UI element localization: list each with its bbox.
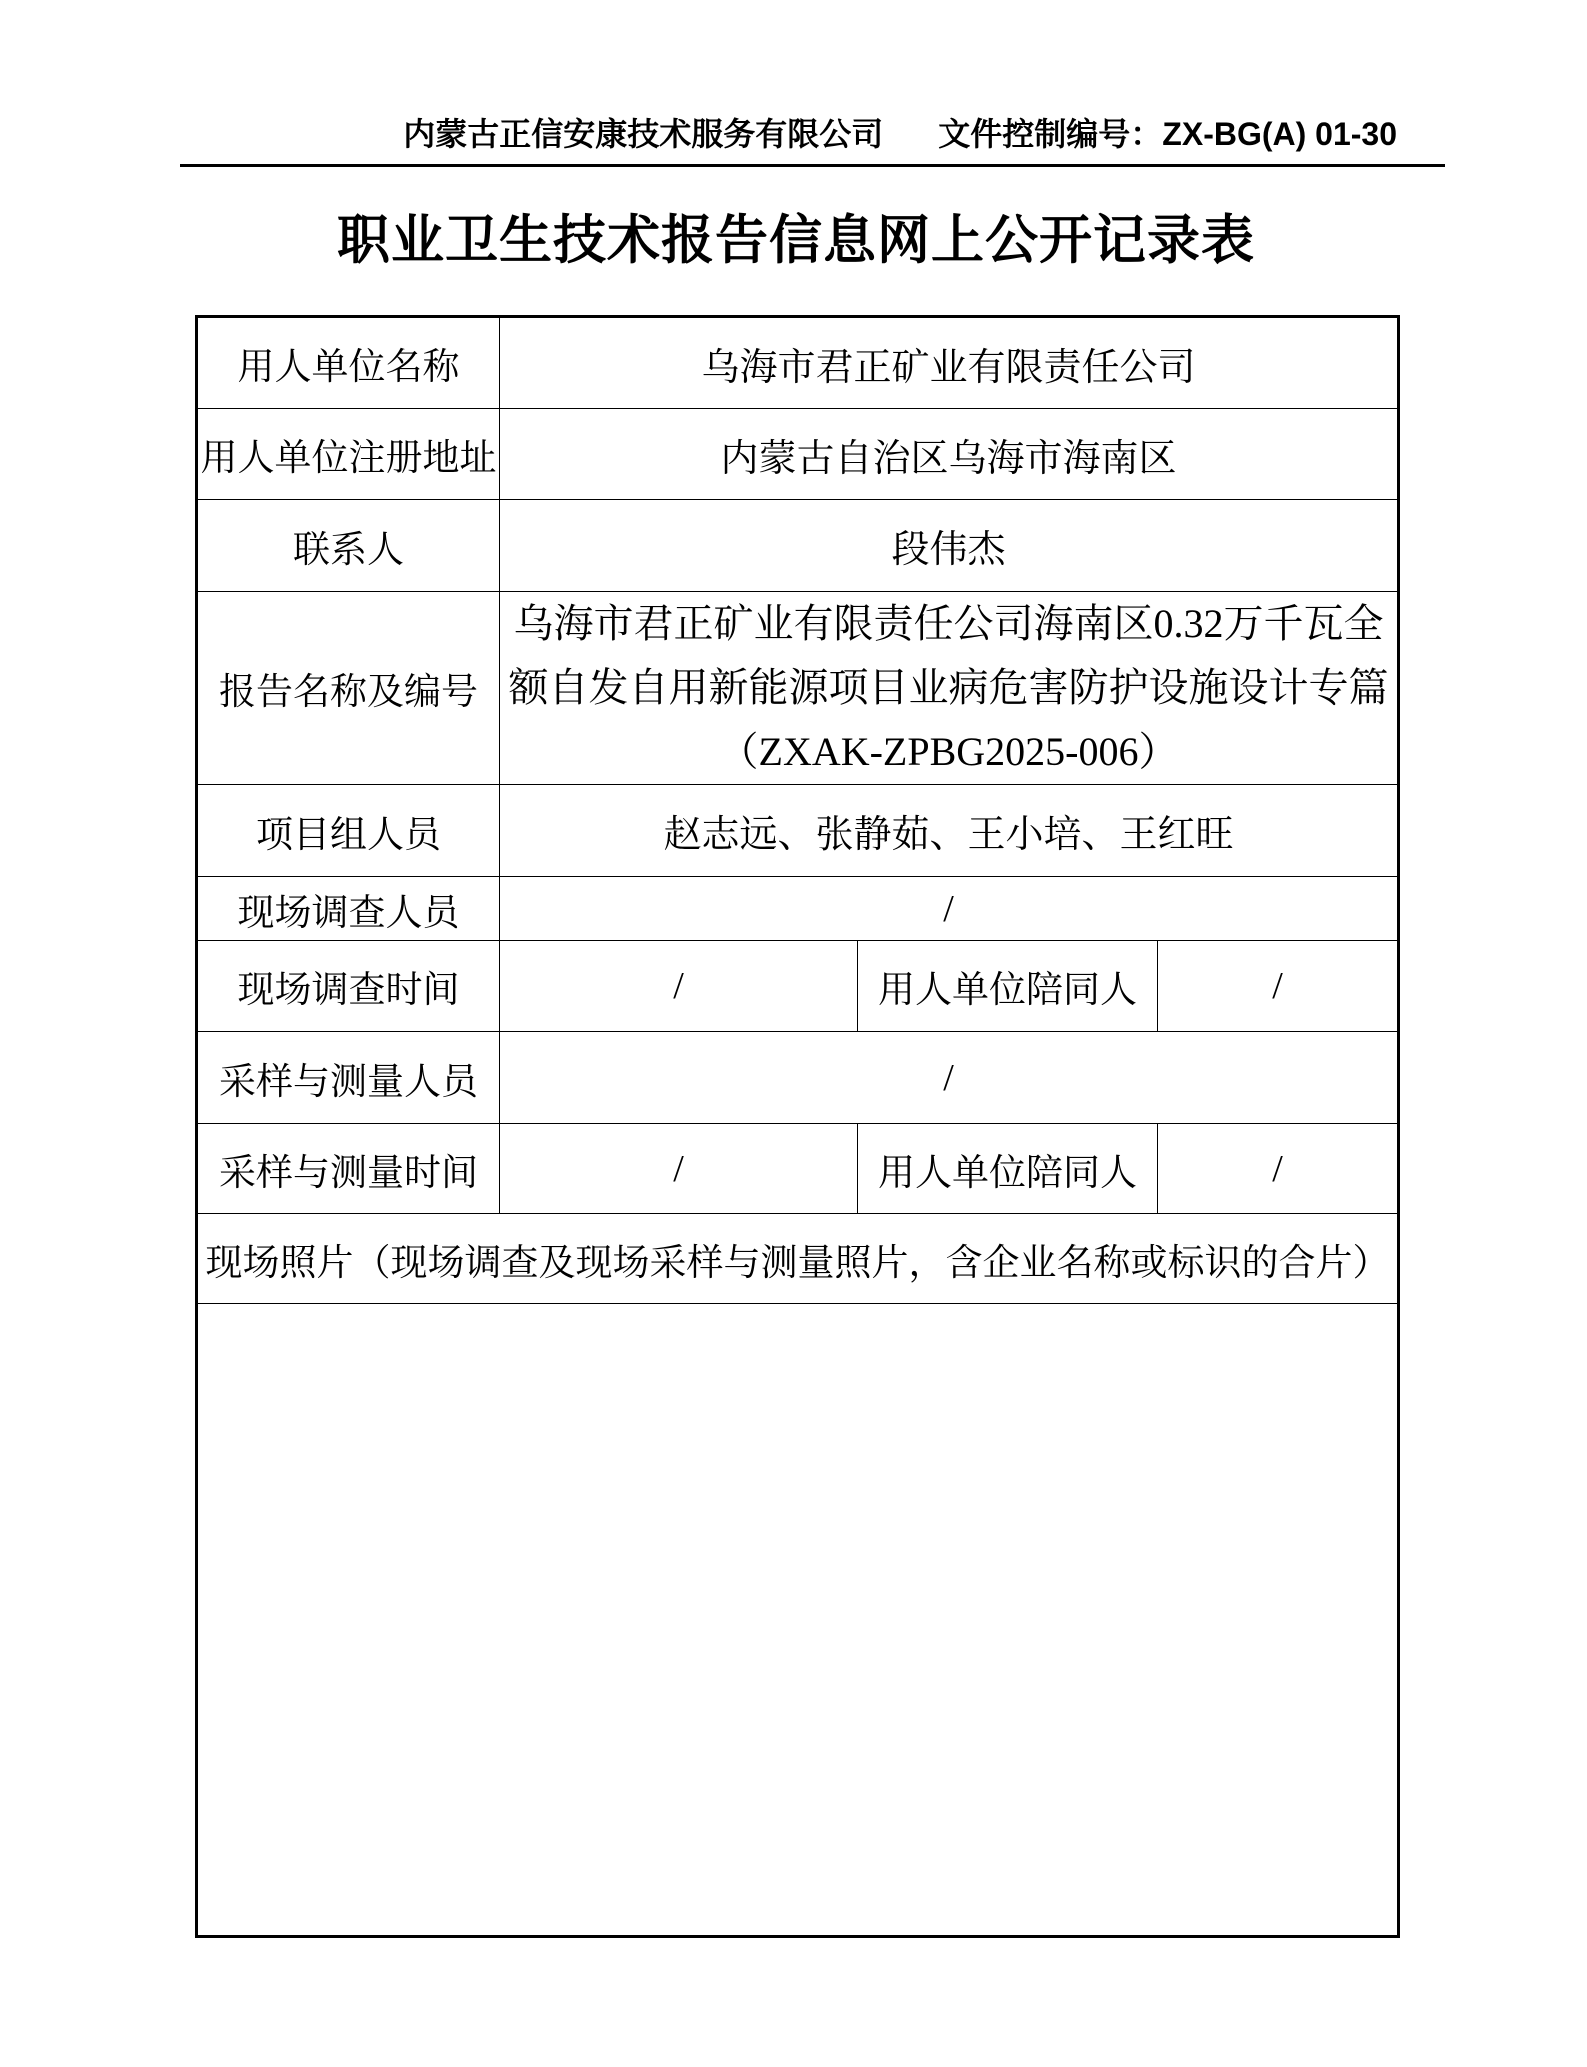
report-name-line-1: 乌海市君正矿业有限责任公司海南区0.32万千瓦全: [500, 592, 1397, 656]
project-team-value: 赵志远、张静茹、王小培、王红旺: [500, 785, 1399, 877]
row-sampling-time: 采样与测量时间 / 用人单位陪同人 /: [197, 1124, 1399, 1214]
sampling-accompany-label: 用人单位陪同人: [858, 1124, 1158, 1214]
sampling-personnel-label: 采样与测量人员: [197, 1032, 500, 1124]
sampling-time-value: /: [500, 1124, 858, 1214]
site-survey-personnel-value: /: [500, 877, 1399, 941]
sampling-personnel-value: /: [500, 1032, 1399, 1124]
contact-person-value: 段伟杰: [500, 500, 1399, 592]
registered-address-label: 用人单位注册地址: [197, 409, 500, 500]
report-name-number-label: 报告名称及编号: [197, 592, 500, 785]
row-report-name-number: 报告名称及编号 乌海市君正矿业有限责任公司海南区0.32万千瓦全 额自发自用新能…: [197, 592, 1399, 785]
document-page: 内蒙古正信安康技术服务有限公司文件控制编号：ZX-BG(A) 01-30 职业卫…: [0, 0, 1587, 2067]
row-site-survey-time: 现场调查时间 / 用人单位陪同人 /: [197, 941, 1399, 1032]
contact-person-label: 联系人: [197, 500, 500, 592]
row-contact-person: 联系人 段伟杰: [197, 500, 1399, 592]
report-number-line: （ZXAK-ZPBG2025-006）: [500, 720, 1397, 784]
site-photos-empty-area: [197, 1304, 1399, 1937]
employer-name-label: 用人单位名称: [197, 317, 500, 409]
employer-name-value: 乌海市君正矿业有限责任公司: [500, 317, 1399, 409]
row-site-survey-personnel: 现场调查人员 /: [197, 877, 1399, 941]
header-divider-line: [180, 164, 1445, 167]
site-survey-personnel-label: 现场调查人员: [197, 877, 500, 941]
row-site-photos-header: 现场照片（现场调查及现场采样与测量照片，含企业名称或标识的合片）: [197, 1214, 1399, 1304]
sampling-time-label: 采样与测量时间: [197, 1124, 500, 1214]
site-survey-accompany-label: 用人单位陪同人: [858, 941, 1158, 1032]
site-survey-time-value: /: [500, 941, 858, 1032]
row-site-photos-area: [197, 1304, 1399, 1937]
page-title: 职业卫生技术报告信息网上公开记录表: [195, 210, 1397, 272]
registered-address-value: 内蒙古自治区乌海市海南区: [500, 409, 1399, 500]
row-sampling-personnel: 采样与测量人员 /: [197, 1032, 1399, 1124]
project-team-label: 项目组人员: [197, 785, 500, 877]
row-registered-address: 用人单位注册地址 内蒙古自治区乌海市海南区: [197, 409, 1399, 500]
page-header: 内蒙古正信安康技术服务有限公司文件控制编号：ZX-BG(A) 01-30: [195, 116, 1403, 152]
header-doc-control-label: 文件控制编号：: [938, 116, 1162, 152]
site-photos-label: 现场照片（现场调查及现场采样与测量照片，含企业名称或标识的合片）: [197, 1214, 1399, 1304]
report-name-number-value: 乌海市君正矿业有限责任公司海南区0.32万千瓦全 额自发自用新能源项目业病危害防…: [500, 592, 1399, 785]
sampling-accompany-value: /: [1158, 1124, 1399, 1214]
record-form-table: 用人单位名称 乌海市君正矿业有限责任公司 用人单位注册地址 内蒙古自治区乌海市海…: [195, 315, 1400, 1938]
header-company-name: 内蒙古正信安康技术服务有限公司: [403, 116, 883, 152]
header-doc-control-code: ZX-BG(A) 01-30: [1162, 116, 1397, 152]
report-name-line-2: 额自发自用新能源项目业病危害防护设施设计专篇: [500, 656, 1397, 720]
site-survey-time-label: 现场调查时间: [197, 941, 500, 1032]
row-employer-name: 用人单位名称 乌海市君正矿业有限责任公司: [197, 317, 1399, 409]
row-project-team: 项目组人员 赵志远、张静茹、王小培、王红旺: [197, 785, 1399, 877]
site-survey-accompany-value: /: [1158, 941, 1399, 1032]
